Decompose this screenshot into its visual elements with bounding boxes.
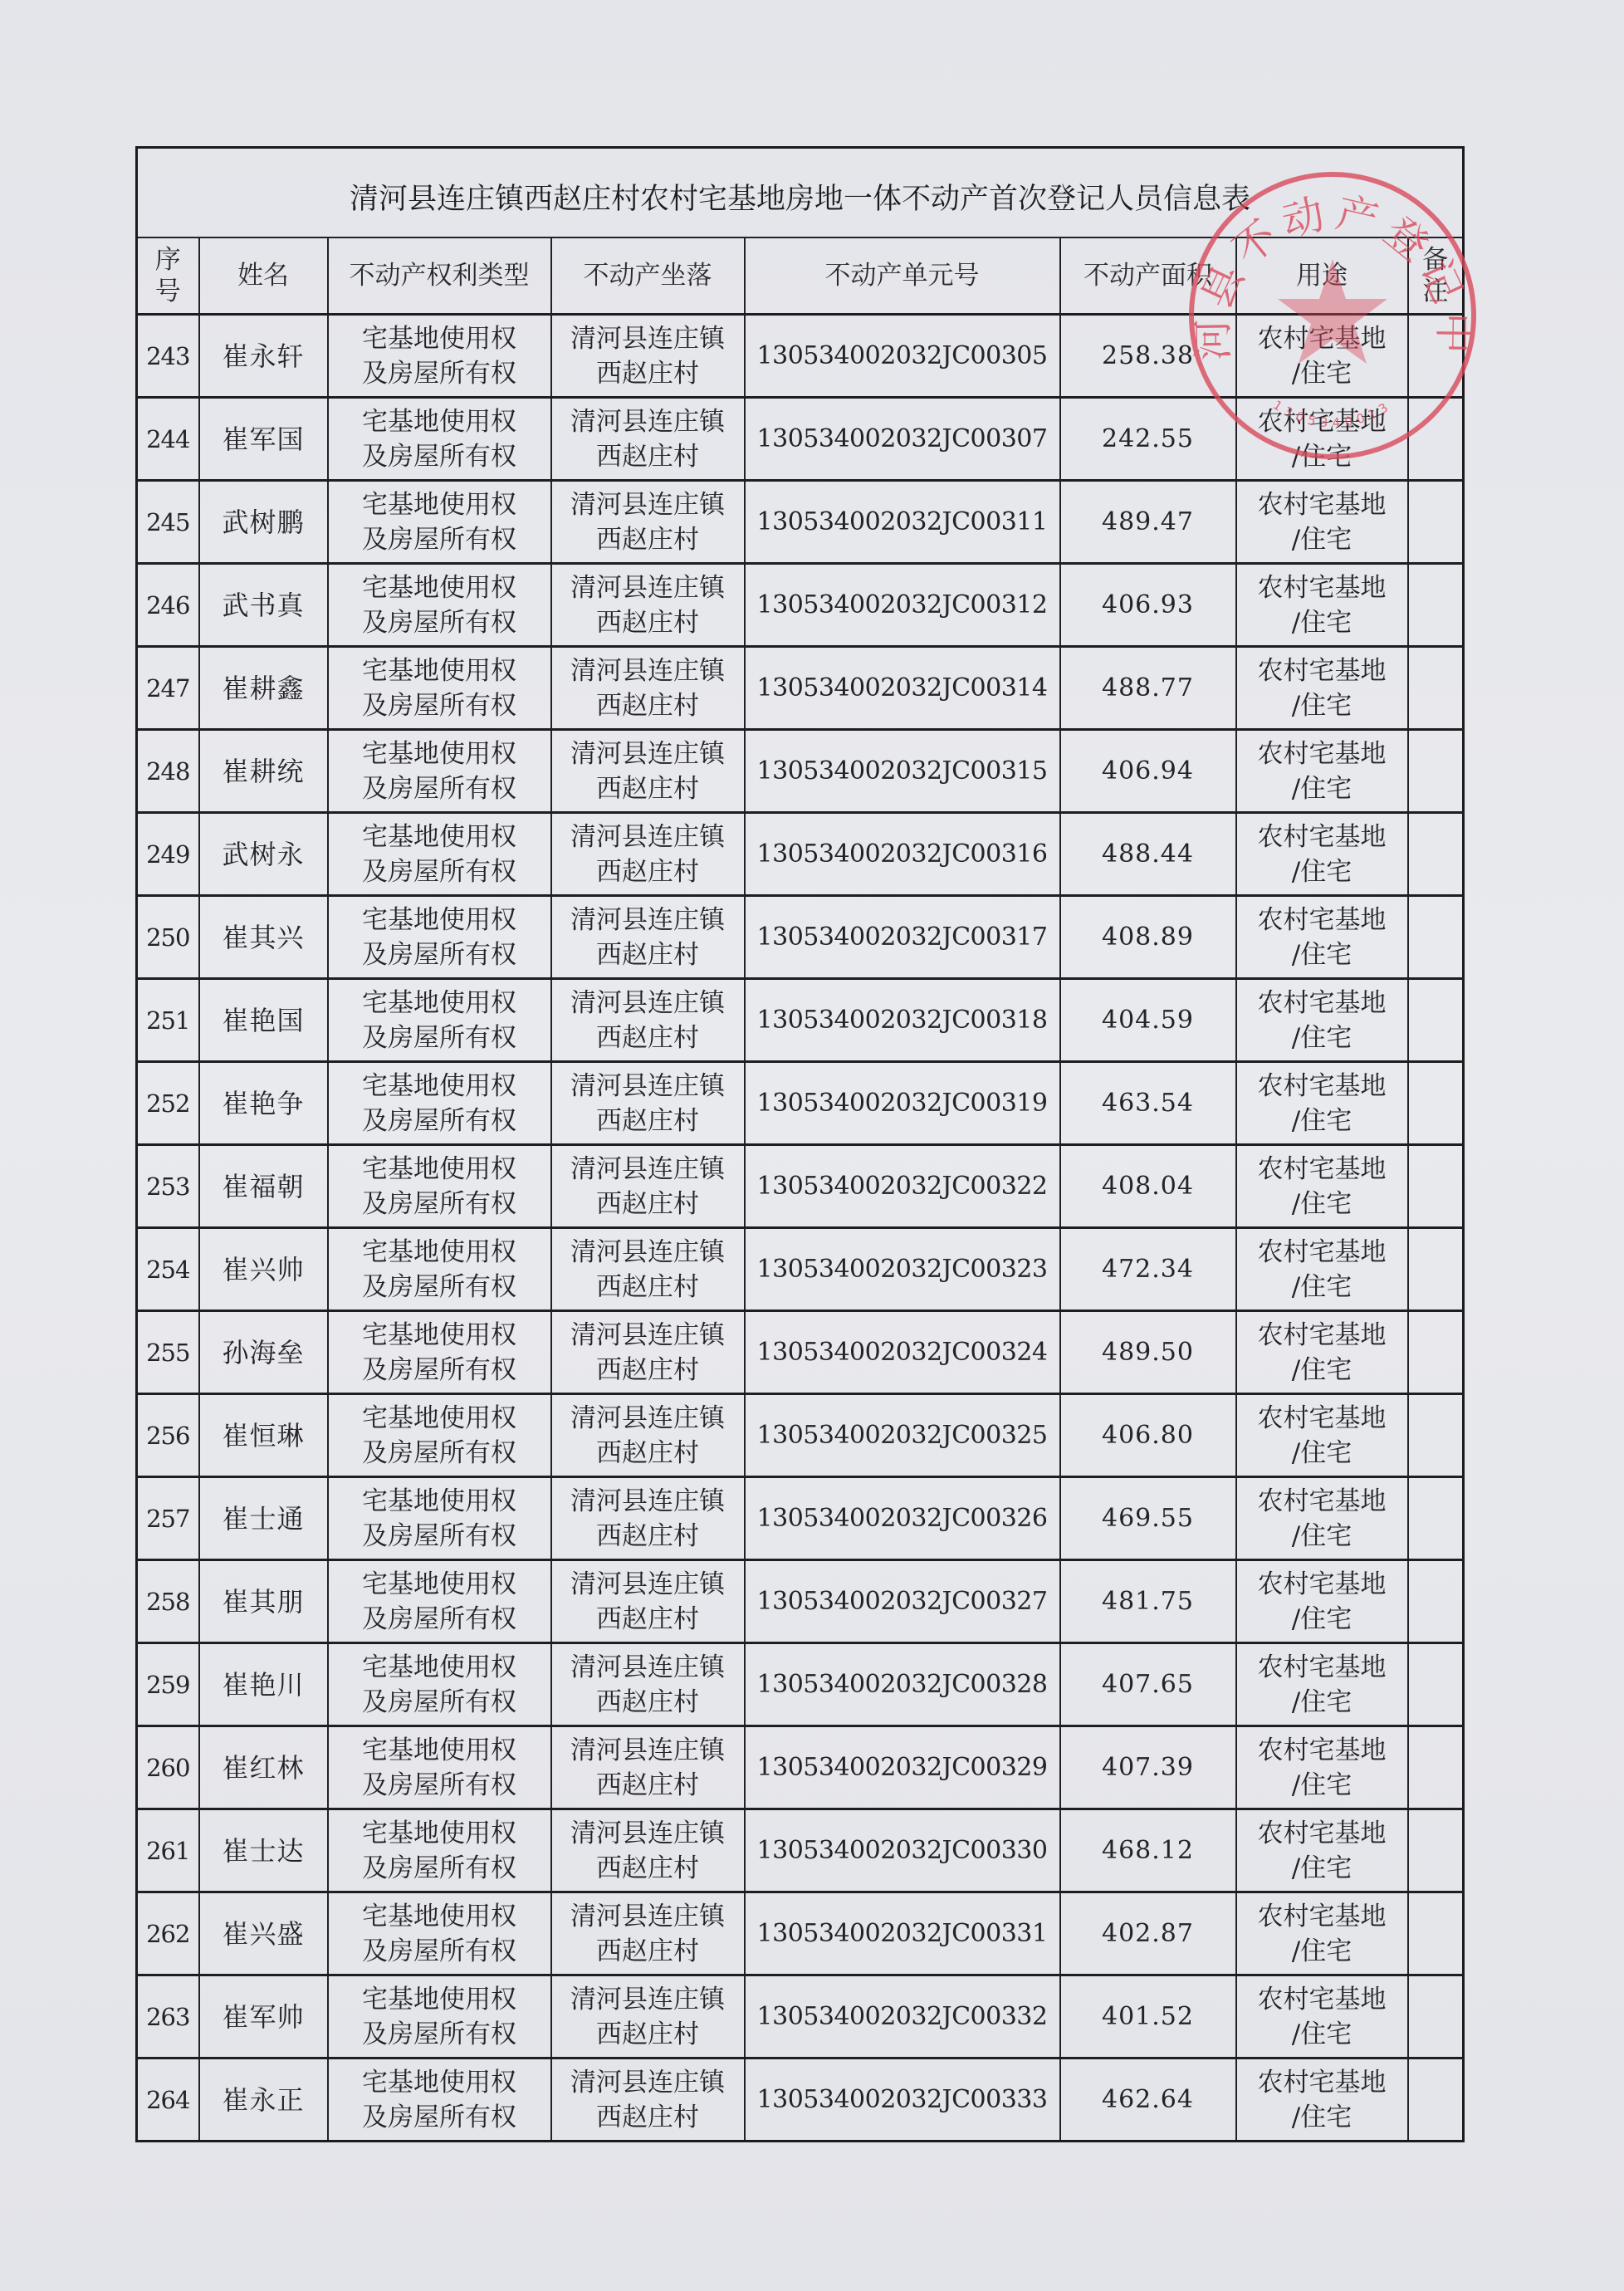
cell-right-type-line2: 及房屋所有权 [329, 356, 550, 391]
cell-location-line1: 清河县连庄镇 [552, 404, 744, 439]
header-unit-no: 不动产单元号 [745, 237, 1060, 315]
table-row: 254崔兴帅宅基地使用权及房屋所有权清河县连庄镇西赵庄村130534002032… [137, 1228, 1464, 1311]
cell-right-type-line1: 宅基地使用权 [329, 737, 550, 771]
cell-use-line1: 农村宅基地 [1237, 1733, 1407, 1768]
cell-location: 清河县连庄镇西赵庄村 [551, 2058, 745, 2142]
cell-use-line1: 农村宅基地 [1237, 820, 1407, 854]
cell-location-line1: 清河县连庄镇 [552, 570, 744, 605]
cell-use-line2: /住宅 [1237, 1021, 1407, 1055]
cell-right-type: 宅基地使用权及房屋所有权 [328, 1560, 551, 1643]
cell-remark [1408, 481, 1464, 564]
cell-name: 崔士达 [199, 1809, 328, 1892]
cell-use-line2: /住宅 [1237, 2100, 1407, 2135]
cell-seq: 263 [137, 1975, 199, 2058]
cell-use-line1: 农村宅基地 [1237, 654, 1407, 688]
cell-use-line2: /住宅 [1237, 605, 1407, 640]
cell-right-type-line1: 宅基地使用权 [329, 1152, 550, 1187]
cell-name: 崔军国 [199, 398, 328, 481]
cell-right-type: 宅基地使用权及房屋所有权 [328, 1477, 551, 1560]
cell-use: 农村宅基地/住宅 [1236, 1394, 1408, 1477]
table-row: 245武树鹏宅基地使用权及房屋所有权清河县连庄镇西赵庄村130534002032… [137, 481, 1464, 564]
cell-unit-no: 130534002032JC00314 [745, 647, 1060, 730]
cell-use: 农村宅基地/住宅 [1236, 1726, 1408, 1809]
cell-right-type-line2: 及房屋所有权 [329, 1851, 550, 1886]
cell-location-line1: 清河县连庄镇 [552, 986, 744, 1021]
cell-right-type-line2: 及房屋所有权 [329, 1187, 550, 1221]
cell-use-line1: 农村宅基地 [1237, 1650, 1407, 1685]
cell-seq: 262 [137, 1892, 199, 1975]
cell-location-line2: 西赵庄村 [552, 1270, 744, 1305]
cell-right-type: 宅基地使用权及房屋所有权 [328, 1643, 551, 1726]
header-location: 不动产坐落 [551, 237, 745, 315]
cell-use-line2: /住宅 [1237, 1602, 1407, 1637]
cell-right-type-line2: 及房屋所有权 [329, 1519, 550, 1554]
cell-right-type-line2: 及房屋所有权 [329, 1104, 550, 1138]
cell-use: 农村宅基地/住宅 [1236, 730, 1408, 813]
cell-name: 崔永轩 [199, 315, 328, 398]
cell-name: 崔军帅 [199, 1975, 328, 2058]
cell-remark [1408, 813, 1464, 896]
cell-name: 武树鹏 [199, 481, 328, 564]
cell-use: 农村宅基地/住宅 [1236, 896, 1408, 979]
cell-location-line1: 清河县连庄镇 [552, 1733, 744, 1768]
cell-right-type-line2: 及房屋所有权 [329, 1768, 550, 1803]
table-row: 256崔恒琳宅基地使用权及房屋所有权清河县连庄镇西赵庄村130534002032… [137, 1394, 1464, 1477]
cell-use-line1: 农村宅基地 [1237, 1484, 1407, 1519]
cell-right-type: 宅基地使用权及房屋所有权 [328, 398, 551, 481]
cell-use-line1: 农村宅基地 [1237, 1816, 1407, 1851]
cell-location: 清河县连庄镇西赵庄村 [551, 315, 745, 398]
cell-seq: 258 [137, 1560, 199, 1643]
cell-use-line2: /住宅 [1237, 1851, 1407, 1886]
cell-right-type-line2: 及房屋所有权 [329, 1436, 550, 1471]
cell-name: 崔福朝 [199, 1145, 328, 1228]
cell-unit-no: 130534002032JC00318 [745, 979, 1060, 1062]
cell-use-line2: /住宅 [1237, 1270, 1407, 1305]
cell-unit-no: 130534002032JC00316 [745, 813, 1060, 896]
cell-area: 488.44 [1060, 813, 1236, 896]
cell-use-line1: 农村宅基地 [1237, 1152, 1407, 1187]
cell-right-type-line2: 及房屋所有权 [329, 439, 550, 474]
cell-location-line2: 西赵庄村 [552, 1104, 744, 1138]
cell-right-type-line1: 宅基地使用权 [329, 1401, 550, 1436]
cell-use-line2: /住宅 [1237, 1685, 1407, 1720]
cell-area: 406.94 [1060, 730, 1236, 813]
cell-location-line2: 西赵庄村 [552, 1768, 744, 1803]
cell-location: 清河县连庄镇西赵庄村 [551, 1394, 745, 1477]
header-remark: 备 注 [1408, 237, 1464, 315]
cell-seq: 257 [137, 1477, 199, 1560]
registration-table: 清河县连庄镇西赵庄村农村宅基地房地一体不动产首次登记人员信息表 序 号 姓名 不… [135, 146, 1465, 2142]
cell-use: 农村宅基地/住宅 [1236, 1311, 1408, 1394]
table-row: 257崔士通宅基地使用权及房屋所有权清河县连庄镇西赵庄村130534002032… [137, 1477, 1464, 1560]
cell-location: 清河县连庄镇西赵庄村 [551, 1975, 745, 2058]
cell-seq: 261 [137, 1809, 199, 1892]
cell-location-line1: 清河县连庄镇 [552, 1484, 744, 1519]
cell-right-type: 宅基地使用权及房屋所有权 [328, 1394, 551, 1477]
cell-remark [1408, 1726, 1464, 1809]
cell-location-line2: 西赵庄村 [552, 854, 744, 889]
cell-name: 崔其朋 [199, 1560, 328, 1643]
cell-location: 清河县连庄镇西赵庄村 [551, 896, 745, 979]
cell-unit-no: 130534002032JC00327 [745, 1560, 1060, 1643]
cell-remark [1408, 1975, 1464, 2058]
cell-location-line2: 西赵庄村 [552, 1851, 744, 1886]
cell-name: 崔恒琳 [199, 1394, 328, 1477]
cell-right-type: 宅基地使用权及房屋所有权 [328, 2058, 551, 2142]
table-row: 247崔耕鑫宅基地使用权及房屋所有权清河县连庄镇西赵庄村130534002032… [137, 647, 1464, 730]
cell-use-line1: 农村宅基地 [1237, 737, 1407, 771]
cell-right-type-line2: 及房屋所有权 [329, 688, 550, 723]
table-row: 249武树永宅基地使用权及房屋所有权清河县连庄镇西赵庄村130534002032… [137, 813, 1464, 896]
cell-location-line2: 西赵庄村 [552, 605, 744, 640]
header-seq-line2: 号 [138, 276, 198, 307]
cell-right-type: 宅基地使用权及房屋所有权 [328, 1062, 551, 1145]
cell-location: 清河县连庄镇西赵庄村 [551, 1228, 745, 1311]
cell-seq: 250 [137, 896, 199, 979]
cell-name: 崔耕统 [199, 730, 328, 813]
cell-location-line2: 西赵庄村 [552, 2017, 744, 2052]
cell-unit-no: 130534002032JC00323 [745, 1228, 1060, 1311]
cell-area: 406.93 [1060, 564, 1236, 647]
cell-location-line1: 清河县连庄镇 [552, 1401, 744, 1436]
cell-use-line2: /住宅 [1237, 688, 1407, 723]
cell-right-type: 宅基地使用权及房屋所有权 [328, 1311, 551, 1394]
cell-name: 崔红林 [199, 1726, 328, 1809]
cell-use-line2: /住宅 [1237, 2017, 1407, 2052]
cell-seq: 246 [137, 564, 199, 647]
cell-location-line1: 清河县连庄镇 [552, 1567, 744, 1602]
cell-seq: 254 [137, 1228, 199, 1311]
cell-right-type: 宅基地使用权及房屋所有权 [328, 481, 551, 564]
cell-use: 农村宅基地/住宅 [1236, 1228, 1408, 1311]
cell-remark [1408, 1311, 1464, 1394]
cell-location-line1: 清河县连庄镇 [552, 1650, 744, 1685]
cell-location-line1: 清河县连庄镇 [552, 1318, 744, 1353]
cell-seq: 256 [137, 1394, 199, 1477]
table-row: 263崔军帅宅基地使用权及房屋所有权清河县连庄镇西赵庄村130534002032… [137, 1975, 1464, 2058]
cell-remark [1408, 647, 1464, 730]
table-row: 248崔耕统宅基地使用权及房屋所有权清河县连庄镇西赵庄村130534002032… [137, 730, 1464, 813]
cell-right-type-line1: 宅基地使用权 [329, 986, 550, 1021]
cell-seq: 252 [137, 1062, 199, 1145]
cell-seq: 248 [137, 730, 199, 813]
cell-location-line1: 清河县连庄镇 [552, 1899, 744, 1934]
cell-location: 清河县连庄镇西赵庄村 [551, 647, 745, 730]
cell-unit-no: 130534002032JC00311 [745, 481, 1060, 564]
cell-use: 农村宅基地/住宅 [1236, 647, 1408, 730]
cell-use-line2: /住宅 [1237, 522, 1407, 557]
cell-use-line2: /住宅 [1237, 1104, 1407, 1138]
cell-use-line1: 农村宅基地 [1237, 2065, 1407, 2100]
cell-use: 农村宅基地/住宅 [1236, 1809, 1408, 1892]
cell-remark [1408, 315, 1464, 398]
cell-right-type-line1: 宅基地使用权 [329, 1318, 550, 1353]
cell-remark [1408, 398, 1464, 481]
cell-location: 清河县连庄镇西赵庄村 [551, 979, 745, 1062]
cell-right-type-line2: 及房屋所有权 [329, 1602, 550, 1637]
cell-use-line2: /住宅 [1237, 356, 1407, 391]
cell-right-type-line1: 宅基地使用权 [329, 1235, 550, 1270]
cell-unit-no: 130534002032JC00331 [745, 1892, 1060, 1975]
cell-use: 农村宅基地/住宅 [1236, 1145, 1408, 1228]
cell-right-type: 宅基地使用权及房屋所有权 [328, 564, 551, 647]
cell-use-line1: 农村宅基地 [1237, 404, 1407, 439]
cell-location: 清河县连庄镇西赵庄村 [551, 813, 745, 896]
cell-right-type: 宅基地使用权及房屋所有权 [328, 896, 551, 979]
cell-area: 408.04 [1060, 1145, 1236, 1228]
cell-name: 崔士通 [199, 1477, 328, 1560]
cell-location-line2: 西赵庄村 [552, 1519, 744, 1554]
cell-remark [1408, 1145, 1464, 1228]
cell-use: 农村宅基地/住宅 [1236, 1560, 1408, 1643]
cell-location: 清河县连庄镇西赵庄村 [551, 481, 745, 564]
cell-unit-no: 130534002032JC00324 [745, 1311, 1060, 1394]
table-row: 258崔其朋宅基地使用权及房屋所有权清河县连庄镇西赵庄村130534002032… [137, 1560, 1464, 1643]
cell-right-type-line2: 及房屋所有权 [329, 854, 550, 889]
cell-use: 农村宅基地/住宅 [1236, 398, 1408, 481]
cell-right-type: 宅基地使用权及房屋所有权 [328, 315, 551, 398]
cell-use: 农村宅基地/住宅 [1236, 1062, 1408, 1145]
cell-seq: 249 [137, 813, 199, 896]
table-row: 259崔艳川宅基地使用权及房屋所有权清河县连庄镇西赵庄村130534002032… [137, 1643, 1464, 1726]
cell-remark [1408, 1228, 1464, 1311]
cell-unit-no: 130534002032JC00307 [745, 398, 1060, 481]
cell-unit-no: 130534002032JC00322 [745, 1145, 1060, 1228]
cell-remark [1408, 564, 1464, 647]
cell-use-line1: 农村宅基地 [1237, 903, 1407, 937]
cell-location-line2: 西赵庄村 [552, 1021, 744, 1055]
cell-seq: 244 [137, 398, 199, 481]
cell-use-line2: /住宅 [1237, 1187, 1407, 1221]
cell-area: 488.77 [1060, 647, 1236, 730]
header-row: 序 号 姓名 不动产权利类型 不动产坐落 不动产单元号 不动产面积 用途 备 注 [137, 237, 1464, 315]
table-row: 262崔兴盛宅基地使用权及房屋所有权清河县连庄镇西赵庄村130534002032… [137, 1892, 1464, 1975]
cell-right-type: 宅基地使用权及房屋所有权 [328, 1726, 551, 1809]
cell-remark [1408, 1477, 1464, 1560]
header-remark-line2: 注 [1409, 276, 1463, 307]
cell-name: 孙海垒 [199, 1311, 328, 1394]
cell-remark [1408, 1394, 1464, 1477]
cell-seq: 251 [137, 979, 199, 1062]
cell-right-type: 宅基地使用权及房屋所有权 [328, 979, 551, 1062]
cell-right-type: 宅基地使用权及房屋所有权 [328, 647, 551, 730]
cell-name: 崔艳国 [199, 979, 328, 1062]
cell-use-line1: 农村宅基地 [1237, 1235, 1407, 1270]
cell-location-line1: 清河县连庄镇 [552, 487, 744, 522]
cell-location: 清河县连庄镇西赵庄村 [551, 1726, 745, 1809]
cell-use: 农村宅基地/住宅 [1236, 979, 1408, 1062]
cell-seq: 255 [137, 1311, 199, 1394]
cell-unit-no: 130534002032JC00317 [745, 896, 1060, 979]
table-row: 261崔士达宅基地使用权及房屋所有权清河县连庄镇西赵庄村130534002032… [137, 1809, 1464, 1892]
cell-right-type-line2: 及房屋所有权 [329, 1021, 550, 1055]
cell-use-line2: /住宅 [1237, 937, 1407, 972]
cell-area: 468.12 [1060, 1809, 1236, 1892]
cell-unit-no: 130534002032JC00325 [745, 1394, 1060, 1477]
cell-area: 242.55 [1060, 398, 1236, 481]
cell-location: 清河县连庄镇西赵庄村 [551, 730, 745, 813]
cell-right-type-line1: 宅基地使用权 [329, 654, 550, 688]
cell-use-line2: /住宅 [1237, 771, 1407, 806]
cell-right-type-line1: 宅基地使用权 [329, 1650, 550, 1685]
cell-unit-no: 130534002032JC00326 [745, 1477, 1060, 1560]
cell-right-type-line2: 及房屋所有权 [329, 2017, 550, 2052]
cell-right-type: 宅基地使用权及房屋所有权 [328, 1892, 551, 1975]
cell-area: 489.50 [1060, 1311, 1236, 1394]
header-seq: 序 号 [137, 237, 199, 315]
cell-location-line2: 西赵庄村 [552, 688, 744, 723]
cell-right-type: 宅基地使用权及房屋所有权 [328, 1809, 551, 1892]
cell-location: 清河县连庄镇西赵庄村 [551, 1477, 745, 1560]
cell-remark [1408, 2058, 1464, 2142]
cell-use: 农村宅基地/住宅 [1236, 315, 1408, 398]
cell-name: 崔艳川 [199, 1643, 328, 1726]
cell-unit-no: 130534002032JC00315 [745, 730, 1060, 813]
cell-right-type-line2: 及房屋所有权 [329, 1270, 550, 1305]
table-body: 243崔永轩宅基地使用权及房屋所有权清河县连庄镇西赵庄村130534002032… [137, 315, 1464, 2142]
cell-location-line1: 清河县连庄镇 [552, 903, 744, 937]
header-right-type: 不动产权利类型 [328, 237, 551, 315]
cell-right-type-line1: 宅基地使用权 [329, 1899, 550, 1934]
cell-use-line1: 农村宅基地 [1237, 1401, 1407, 1436]
cell-location-line2: 西赵庄村 [552, 2100, 744, 2135]
cell-location-line2: 西赵庄村 [552, 1934, 744, 1969]
cell-location-line1: 清河县连庄镇 [552, 654, 744, 688]
cell-right-type-line2: 及房屋所有权 [329, 2100, 550, 2135]
cell-location-line1: 清河县连庄镇 [552, 321, 744, 356]
cell-remark [1408, 896, 1464, 979]
header-name: 姓名 [199, 237, 328, 315]
cell-name: 崔艳争 [199, 1062, 328, 1145]
cell-remark [1408, 1809, 1464, 1892]
cell-right-type-line1: 宅基地使用权 [329, 487, 550, 522]
cell-location: 清河县连庄镇西赵庄村 [551, 1145, 745, 1228]
cell-seq: 247 [137, 647, 199, 730]
cell-area: 481.75 [1060, 1560, 1236, 1643]
cell-location: 清河县连庄镇西赵庄村 [551, 1560, 745, 1643]
cell-location-line2: 西赵庄村 [552, 1436, 744, 1471]
cell-area: 469.55 [1060, 1477, 1236, 1560]
cell-location-line1: 清河县连庄镇 [552, 737, 744, 771]
cell-seq: 253 [137, 1145, 199, 1228]
cell-right-type-line2: 及房屋所有权 [329, 1685, 550, 1720]
cell-area: 489.47 [1060, 481, 1236, 564]
cell-right-type-line2: 及房屋所有权 [329, 937, 550, 972]
table-row: 246武书真宅基地使用权及房屋所有权清河县连庄镇西赵庄村130534002032… [137, 564, 1464, 647]
cell-name: 崔永正 [199, 2058, 328, 2142]
cell-remark [1408, 1643, 1464, 1726]
table-row: 253崔福朝宅基地使用权及房屋所有权清河县连庄镇西赵庄村130534002032… [137, 1145, 1464, 1228]
cell-use: 农村宅基地/住宅 [1236, 481, 1408, 564]
cell-use-line2: /住宅 [1237, 439, 1407, 474]
document-title: 清河县连庄镇西赵庄村农村宅基地房地一体不动产首次登记人员信息表 [137, 148, 1464, 238]
cell-location-line2: 西赵庄村 [552, 1602, 744, 1637]
table-row: 244崔军国宅基地使用权及房屋所有权清河县连庄镇西赵庄村130534002032… [137, 398, 1464, 481]
cell-name: 武树永 [199, 813, 328, 896]
cell-seq: 260 [137, 1726, 199, 1809]
header-seq-line1: 序 [138, 244, 198, 276]
cell-area: 406.80 [1060, 1394, 1236, 1477]
cell-right-type-line1: 宅基地使用权 [329, 820, 550, 854]
table-row: 264崔永正宅基地使用权及房屋所有权清河县连庄镇西赵庄村130534002032… [137, 2058, 1464, 2142]
cell-name: 崔兴帅 [199, 1228, 328, 1311]
cell-location-line1: 清河县连庄镇 [552, 2065, 744, 2100]
cell-seq: 243 [137, 315, 199, 398]
cell-right-type: 宅基地使用权及房屋所有权 [328, 730, 551, 813]
cell-use: 农村宅基地/住宅 [1236, 1892, 1408, 1975]
table-row: 251崔艳国宅基地使用权及房屋所有权清河县连庄镇西赵庄村130534002032… [137, 979, 1464, 1062]
cell-unit-no: 130534002032JC00305 [745, 315, 1060, 398]
cell-right-type-line1: 宅基地使用权 [329, 321, 550, 356]
cell-use-line1: 农村宅基地 [1237, 1567, 1407, 1602]
cell-use-line1: 农村宅基地 [1237, 487, 1407, 522]
table-row: 260崔红林宅基地使用权及房屋所有权清河县连庄镇西赵庄村130534002032… [137, 1726, 1464, 1809]
cell-location-line2: 西赵庄村 [552, 439, 744, 474]
cell-use: 农村宅基地/住宅 [1236, 1643, 1408, 1726]
cell-location-line2: 西赵庄村 [552, 356, 744, 391]
cell-right-type-line2: 及房屋所有权 [329, 605, 550, 640]
cell-remark [1408, 1892, 1464, 1975]
cell-right-type-line2: 及房屋所有权 [329, 1353, 550, 1388]
cell-use-line1: 农村宅基地 [1237, 1982, 1407, 2017]
cell-use: 农村宅基地/住宅 [1236, 2058, 1408, 2142]
cell-location-line1: 清河县连庄镇 [552, 1152, 744, 1187]
cell-remark [1408, 1560, 1464, 1643]
table-row: 243崔永轩宅基地使用权及房屋所有权清河县连庄镇西赵庄村130534002032… [137, 315, 1464, 398]
header-remark-line1: 备 [1409, 244, 1463, 276]
header-use: 用途 [1236, 237, 1408, 315]
cell-location: 清河县连庄镇西赵庄村 [551, 564, 745, 647]
cell-use-line1: 农村宅基地 [1237, 986, 1407, 1021]
cell-use-line2: /住宅 [1237, 1768, 1407, 1803]
cell-right-type-line1: 宅基地使用权 [329, 2065, 550, 2100]
cell-unit-no: 130534002032JC00312 [745, 564, 1060, 647]
cell-location-line2: 西赵庄村 [552, 1353, 744, 1388]
cell-name: 崔兴盛 [199, 1892, 328, 1975]
cell-location-line1: 清河县连庄镇 [552, 1816, 744, 1851]
cell-remark [1408, 1062, 1464, 1145]
cell-right-type-line1: 宅基地使用权 [329, 570, 550, 605]
cell-right-type-line1: 宅基地使用权 [329, 1733, 550, 1768]
cell-name: 崔其兴 [199, 896, 328, 979]
cell-right-type-line1: 宅基地使用权 [329, 1567, 550, 1602]
cell-right-type-line2: 及房屋所有权 [329, 771, 550, 806]
cell-right-type-line1: 宅基地使用权 [329, 1982, 550, 2017]
cell-right-type: 宅基地使用权及房屋所有权 [328, 1975, 551, 2058]
cell-location-line2: 西赵庄村 [552, 937, 744, 972]
cell-use-line2: /住宅 [1237, 1519, 1407, 1554]
cell-area: 407.39 [1060, 1726, 1236, 1809]
cell-area: 463.54 [1060, 1062, 1236, 1145]
cell-right-type-line1: 宅基地使用权 [329, 404, 550, 439]
cell-unit-no: 130534002032JC00329 [745, 1726, 1060, 1809]
cell-use-line2: /住宅 [1237, 1353, 1407, 1388]
cell-location-line1: 清河县连庄镇 [552, 820, 744, 854]
cell-use-line1: 农村宅基地 [1237, 570, 1407, 605]
cell-use: 农村宅基地/住宅 [1236, 564, 1408, 647]
cell-use: 农村宅基地/住宅 [1236, 1975, 1408, 2058]
cell-unit-no: 130534002032JC00328 [745, 1643, 1060, 1726]
cell-right-type: 宅基地使用权及房屋所有权 [328, 1145, 551, 1228]
cell-unit-no: 130534002032JC00330 [745, 1809, 1060, 1892]
cell-seq: 264 [137, 2058, 199, 2142]
cell-use-line1: 农村宅基地 [1237, 1069, 1407, 1104]
cell-seq: 245 [137, 481, 199, 564]
cell-use: 农村宅基地/住宅 [1236, 813, 1408, 896]
cell-area: 401.52 [1060, 1975, 1236, 2058]
cell-area: 407.65 [1060, 1643, 1236, 1726]
